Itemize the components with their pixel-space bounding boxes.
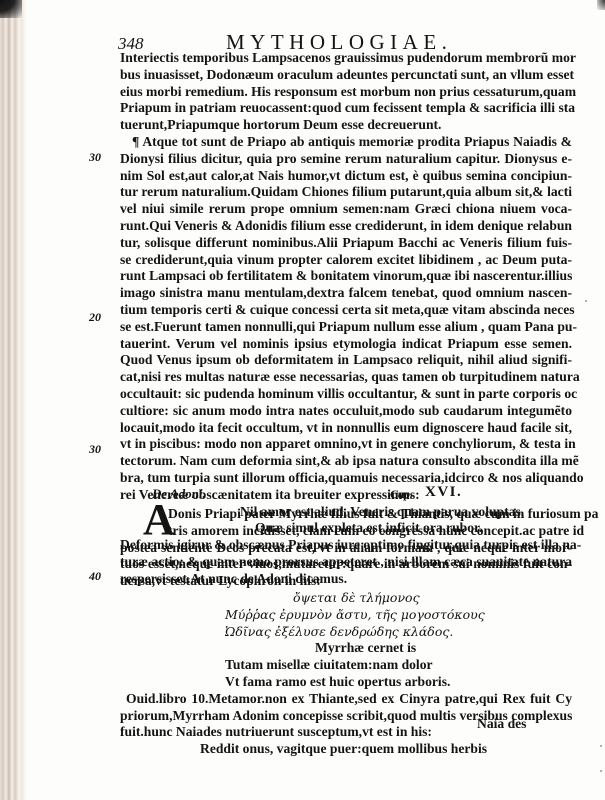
text-line: Donis Priapi pater Myrrhæ filius fuit & … — [120, 506, 572, 523]
chapter-label: Cap. — [390, 487, 413, 502]
text-line: se crediderunt,quia vinum propter calore… — [120, 252, 572, 269]
text-line: cat,nisi res multas naturæ esse necessar… — [120, 369, 572, 386]
verse-line: Tutam misellæ ciuitatem:nam dolor — [120, 657, 572, 674]
margin-line-number: 40 — [89, 569, 101, 584]
paper-speck — [600, 745, 602, 747]
catchword: Naia des — [477, 716, 526, 732]
text-line: tauerint. Verum vel nominis ipsius etymo… — [120, 336, 572, 353]
text-line: tur, solisque differunt nominibus.Alii P… — [120, 235, 572, 252]
verse-line: Reddit onus, vagitque puer:quem mollibus… — [120, 741, 572, 758]
text-line: Ouid.libro 10.Metamor.non ex Thiante,sed… — [120, 691, 572, 708]
text-line: tectorum. Nam cum deformia sint,& ab ips… — [120, 453, 572, 470]
greek-verse-line: Μύῤῥας ἐρυμνὸν ἄστυ, τῆς μογοστόκους — [120, 607, 572, 624]
text-line: imago sinistra manu mentulam,dextra falc… — [120, 285, 572, 302]
text-line: uersa,vt testatur Lycophron in his: — [120, 573, 572, 590]
text-line: runt Lampsaci ob fertilitatem & bonitate… — [120, 268, 572, 285]
text-line: tuos esset,neque inter viuos,mutaretur:q… — [120, 556, 572, 573]
paper-speck — [600, 770, 602, 772]
text-line: eius morbi remedium. His responsum est m… — [120, 84, 572, 101]
text-line: postea sentiente Deos precata est, vt in… — [120, 540, 572, 557]
text-line: locauit,modo ita fecit occultum, vt in n… — [120, 420, 572, 437]
verse-line: Myrrhæ cernet is — [120, 640, 572, 657]
chapter-heading: De Adoni. Cap. XVI. — [120, 485, 572, 503]
text-line: Interiectis temporibus Lampsacenos graui… — [120, 50, 572, 67]
binding-shadow — [0, 0, 22, 18]
book-page-edges — [0, 0, 26, 800]
text-line: vt in piscibus: modo non apparet omnino,… — [120, 436, 572, 453]
text-line: bus inuasisset, Dodonæum oraculum adeunt… — [120, 67, 572, 84]
text-line: runt.Qui Veneris & Adonidis filium esse … — [120, 218, 572, 235]
text-line: cultiore: sic anum modo intra nates occu… — [120, 403, 572, 420]
text-line: se est.Fuerunt tamen nonnulli,qui Priapu… — [120, 319, 572, 336]
text-line: tur rerum naturalium.Quidam Chiones fili… — [120, 184, 572, 201]
text-line: nim Sol est,aut calor,at Nais humor,vt d… — [120, 168, 572, 185]
paper-speck — [585, 300, 587, 302]
chapter-number: XVI. — [425, 484, 462, 501]
text-line: Priapum in patriam reuocassent:quod cum … — [120, 100, 572, 117]
text-line: vel niui simile rerum prope omnium semen… — [120, 201, 572, 218]
text-line: Quod Venus ipsum ob deformitatem in Lamp… — [120, 352, 572, 369]
greek-verse-line: ὄψεται δὲ τλήμονος — [120, 590, 572, 607]
margin-line-number: 20 — [89, 310, 101, 325]
text-line: Dionysi filius dicitur, quia pro semine … — [120, 151, 572, 168]
text-line: tris amorem incidisset, clam cum eo cong… — [120, 523, 572, 540]
text-line: occultauit: sic pudenda hominum villis o… — [120, 386, 572, 403]
corner-shadow — [597, 0, 605, 10]
text-line: tuerunt,Priapumque hortorum Deum esse de… — [120, 117, 572, 134]
text-line: tium temporis certi & cuique concessi ce… — [120, 302, 572, 319]
paragraph-start-line: ¶ Atque tot sunt de Priapo ab antiquis m… — [120, 134, 572, 151]
greek-verse-line: Ὠδῖνας ἐξέλυσε δενδρώδης κλάδος. — [120, 624, 572, 641]
margin-line-number: 30 — [89, 150, 101, 165]
verse-line: Vt fama ramo est huic opertus arboris. — [120, 674, 572, 691]
margin-line-number: 30 — [89, 442, 101, 457]
